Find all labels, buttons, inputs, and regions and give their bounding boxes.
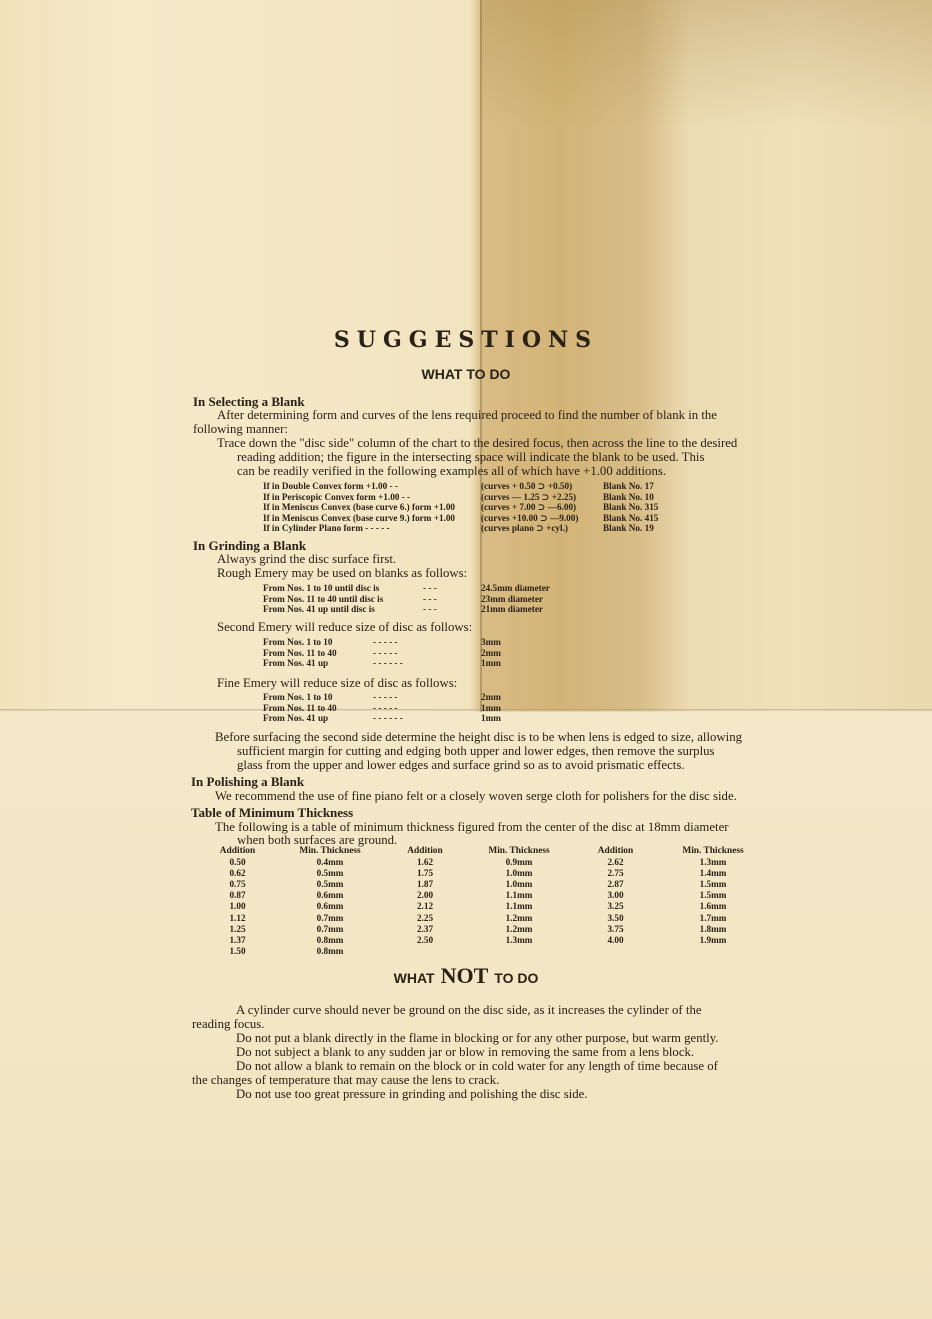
- second-row: From Nos. 1 to 10- - - - -3mm: [263, 637, 501, 648]
- range-label: From Nos. 1 to 10: [263, 692, 373, 703]
- second-intro: Second Emery will reduce size of disc as…: [217, 620, 472, 634]
- page-subtitle: WHAT TO DO: [0, 366, 932, 382]
- example-row: If in Meniscus Convex (base curve 6.) fo…: [263, 502, 673, 513]
- table-cell: 1.2mm: [460, 913, 578, 924]
- table-row: 0.500.4mm1.620.9mm2.621.3mm: [205, 857, 773, 868]
- selecting-para2-l2: reading addition; the figure in the inte…: [237, 450, 704, 464]
- not-para1-l2: reading focus.: [192, 1017, 265, 1031]
- not-para2: Do not put a blank directly in the flame…: [236, 1031, 719, 1045]
- table-cell: 1.62: [390, 857, 460, 868]
- document-page: SUGGESTIONS WHAT TO DO In Selecting a Bl…: [0, 0, 932, 1319]
- example-row: If in Meniscus Convex (base curve 9.) fo…: [263, 513, 673, 524]
- not-para5: Do not use too great pressure in grindin…: [236, 1087, 588, 1101]
- table-cell: [460, 946, 578, 957]
- range-label: From Nos. 41 up: [263, 713, 373, 724]
- example-form: If in Cylinder Plano form - - - - -: [263, 523, 481, 534]
- rough-row: From Nos. 11 to 40 until disc is- - -23m…: [263, 594, 550, 605]
- water-stain: [480, 0, 932, 130]
- range-label: From Nos. 41 up until disc is: [263, 604, 423, 615]
- table-cell: 0.50: [205, 857, 270, 868]
- column-header: Min. Thickness: [460, 846, 578, 857]
- column-header: Addition: [390, 846, 460, 857]
- not-to-do-title: WHATNOTTO DO: [0, 963, 932, 989]
- example-row: If in Periscopic Convex form +1.00 - -(c…: [263, 492, 673, 503]
- table-row: 1.120.7mm2.251.2mm3.501.7mm: [205, 913, 773, 924]
- reduction-value: 1mm: [481, 703, 501, 714]
- polishing-text: We recommend the use of fine piano felt …: [215, 789, 737, 803]
- rough-row: From Nos. 41 up until disc is- - -21mm d…: [263, 604, 550, 615]
- table-row: 0.620.5mm1.751.0mm2.751.4mm: [205, 868, 773, 879]
- column-header: Addition: [205, 846, 270, 857]
- table-cell: 1.25: [205, 924, 270, 935]
- table-cell: 1.8mm: [653, 924, 773, 935]
- table-row: 1.500.8mm: [205, 946, 773, 957]
- range-label: From Nos. 11 to 40: [263, 703, 373, 714]
- column-header: Addition: [578, 846, 653, 857]
- table-cell: 0.5mm: [270, 868, 390, 879]
- table-cell: 1.6mm: [653, 901, 773, 912]
- leader-dashes: - - -: [423, 604, 481, 615]
- table-cell: 0.7mm: [270, 924, 390, 935]
- table-row: 0.750.5mm1.871.0mm2.871.5mm: [205, 879, 773, 890]
- reduction-value: 21mm diameter: [481, 604, 543, 615]
- reduction-value: 23mm diameter: [481, 594, 543, 605]
- second-row: From Nos. 41 up- - - - - -1mm: [263, 658, 501, 669]
- before-l2: sufficient margin for cutting and edging…: [237, 744, 715, 758]
- table-cell: 4.00: [578, 935, 653, 946]
- reduction-value: 24.5mm diameter: [481, 583, 550, 594]
- table-cell: 1.1mm: [460, 901, 578, 912]
- heading-polishing: In Polishing a Blank: [191, 774, 304, 790]
- reduction-value: 3mm: [481, 637, 501, 648]
- selecting-para1-l2: following manner:: [193, 422, 288, 436]
- thickness-intro-l2: when both surfaces are ground.: [237, 833, 397, 847]
- fine-row: From Nos. 41 up- - - - - -1mm: [263, 713, 501, 724]
- rough-row: From Nos. 1 to 10 until disc is- - -24.5…: [263, 583, 550, 594]
- example-curves: (curves + 7.00 ⊃ —6.00): [481, 502, 603, 513]
- table-cell: 0.6mm: [270, 901, 390, 912]
- table-cell: [653, 946, 773, 957]
- table-cell: 0.8mm: [270, 946, 390, 957]
- table-cell: 0.6mm: [270, 890, 390, 901]
- second-list: From Nos. 1 to 10- - - - -3mmFrom Nos. 1…: [263, 637, 501, 669]
- example-curves: (curves plano ⊃ +cyl.): [481, 523, 603, 534]
- table-cell: 3.50: [578, 913, 653, 924]
- leader-dashes: - - - - -: [373, 692, 481, 703]
- table-cell: 1.50: [205, 946, 270, 957]
- leader-dashes: - - - - -: [373, 637, 481, 648]
- table-cell: 2.50: [390, 935, 460, 946]
- table-cell: 2.25: [390, 913, 460, 924]
- selecting-para1-l1: After determining form and curves of the…: [217, 408, 717, 422]
- selecting-para2-l1: Trace down the "disc side" column of the…: [217, 436, 737, 450]
- leader-dashes: - - - - - -: [373, 658, 481, 669]
- table-row: 1.370.8mm2.501.3mm4.001.9mm: [205, 935, 773, 946]
- table-cell: 1.2mm: [460, 924, 578, 935]
- table-cell: 3.25: [578, 901, 653, 912]
- fine-intro: Fine Emery will reduce size of disc as f…: [217, 676, 457, 690]
- reduction-value: 2mm: [481, 692, 501, 703]
- leader-dashes: - - - - -: [373, 703, 481, 714]
- rough-intro: Rough Emery may be used on blanks as fol…: [217, 566, 467, 580]
- table-cell: 1.3mm: [653, 857, 773, 868]
- reduction-value: 1mm: [481, 658, 501, 669]
- example-form: If in Periscopic Convex form +1.00 - -: [263, 492, 481, 503]
- range-label: From Nos. 11 to 40: [263, 648, 373, 659]
- page-title: SUGGESTIONS: [0, 327, 932, 353]
- example-blank: Blank No. 19: [603, 523, 673, 534]
- example-curves: (curves + 0.50 ⊃ +0.50): [481, 481, 603, 492]
- not-para4-l2: the changes of temperature that may caus…: [192, 1073, 499, 1087]
- not-para3: Do not subject a blank to any sudden jar…: [236, 1045, 694, 1059]
- example-curves: (curves — 1.25 ⊃ +2.25): [481, 492, 603, 503]
- example-blank: Blank No. 17: [603, 481, 673, 492]
- table-cell: 1.4mm: [653, 868, 773, 879]
- table-cell: 1.5mm: [653, 879, 773, 890]
- table-cell: 0.62: [205, 868, 270, 879]
- table-cell: 1.5mm: [653, 890, 773, 901]
- table-cell: 0.7mm: [270, 913, 390, 924]
- column-header: Min. Thickness: [653, 846, 773, 857]
- example-form: If in Meniscus Convex (base curve 9.) fo…: [263, 513, 481, 524]
- reduction-value: 2mm: [481, 648, 501, 659]
- table-cell: 2.75: [578, 868, 653, 879]
- table-cell: 2.00: [390, 890, 460, 901]
- table-cell: 2.62: [578, 857, 653, 868]
- selecting-para2-l3: can be readily verified in the following…: [237, 464, 666, 478]
- range-label: From Nos. 1 to 10: [263, 637, 373, 648]
- example-blank: Blank No. 10: [603, 492, 673, 503]
- examples-list: If in Double Convex form +1.00 - -(curve…: [263, 481, 673, 534]
- not-title-big: NOT: [441, 963, 489, 988]
- not-para4-l1: Do not allow a blank to remain on the bl…: [236, 1059, 718, 1073]
- table-row: 0.870.6mm2.001.1mm3.001.5mm: [205, 890, 773, 901]
- table-row: 1.000.6mm2.121.1mm3.251.6mm: [205, 901, 773, 912]
- table-cell: 1.0mm: [460, 868, 578, 879]
- table-row: 1.250.7mm2.371.2mm3.751.8mm: [205, 924, 773, 935]
- leader-dashes: - - -: [423, 594, 481, 605]
- example-row: If in Double Convex form +1.00 - -(curve…: [263, 481, 673, 492]
- table-cell: 1.7mm: [653, 913, 773, 924]
- heading-thickness: Table of Minimum Thickness: [191, 805, 353, 821]
- table-cell: 2.12: [390, 901, 460, 912]
- table-cell: 0.4mm: [270, 857, 390, 868]
- before-l1: Before surfacing the second side determi…: [215, 730, 742, 744]
- rough-list: From Nos. 1 to 10 until disc is- - -24.5…: [263, 583, 550, 615]
- not-para1-l1: A cylinder curve should never be ground …: [236, 1003, 702, 1017]
- min-thickness-table: AdditionMin. ThicknessAdditionMin. Thick…: [205, 846, 773, 957]
- example-blank: Blank No. 415: [603, 513, 673, 524]
- table-cell: 1.3mm: [460, 935, 578, 946]
- not-title-post: TO DO: [494, 970, 538, 986]
- table-cell: 1.75: [390, 868, 460, 879]
- leader-dashes: - - - - - -: [373, 713, 481, 724]
- table-cell: 0.9mm: [460, 857, 578, 868]
- leader-dashes: - - - - -: [373, 648, 481, 659]
- table-cell: 1.87: [390, 879, 460, 890]
- example-blank: Blank No. 315: [603, 502, 673, 513]
- leader-dashes: - - -: [423, 583, 481, 594]
- table-cell: 2.87: [578, 879, 653, 890]
- range-label: From Nos. 41 up: [263, 658, 373, 669]
- table-cell: 1.0mm: [460, 879, 578, 890]
- fine-list: From Nos. 1 to 10- - - - -2mmFrom Nos. 1…: [263, 692, 501, 724]
- reduction-value: 1mm: [481, 713, 501, 724]
- example-form: If in Double Convex form +1.00 - -: [263, 481, 481, 492]
- table-cell: 2.37: [390, 924, 460, 935]
- table-cell: 1.1mm: [460, 890, 578, 901]
- column-header: Min. Thickness: [270, 846, 390, 857]
- grinding-line1: Always grind the disc surface first.: [217, 552, 396, 566]
- table-cell: 3.00: [578, 890, 653, 901]
- table-cell: [578, 946, 653, 957]
- table-cell: [390, 946, 460, 957]
- fine-row: From Nos. 1 to 10- - - - -2mm: [263, 692, 501, 703]
- example-row: If in Cylinder Plano form - - - - -(curv…: [263, 523, 673, 534]
- example-form: If in Meniscus Convex (base curve 6.) fo…: [263, 502, 481, 513]
- table-cell: 1.12: [205, 913, 270, 924]
- table-cell: 0.8mm: [270, 935, 390, 946]
- thickness-intro-l1: The following is a table of minimum thic…: [215, 820, 729, 834]
- table-cell: 1.00: [205, 901, 270, 912]
- table-cell: 1.37: [205, 935, 270, 946]
- fine-row: From Nos. 11 to 40- - - - -1mm: [263, 703, 501, 714]
- table-cell: 0.87: [205, 890, 270, 901]
- range-label: From Nos. 1 to 10 until disc is: [263, 583, 423, 594]
- table-cell: 0.75: [205, 879, 270, 890]
- before-l3: glass from the upper and lower edges and…: [237, 758, 685, 772]
- example-curves: (curves +10.00 ⊃ —9.00): [481, 513, 603, 524]
- not-title-pre: WHAT: [394, 970, 435, 986]
- range-label: From Nos. 11 to 40 until disc is: [263, 594, 423, 605]
- second-row: From Nos. 11 to 40- - - - -2mm: [263, 648, 501, 659]
- table-cell: 3.75: [578, 924, 653, 935]
- table-cell: 1.9mm: [653, 935, 773, 946]
- table-cell: 0.5mm: [270, 879, 390, 890]
